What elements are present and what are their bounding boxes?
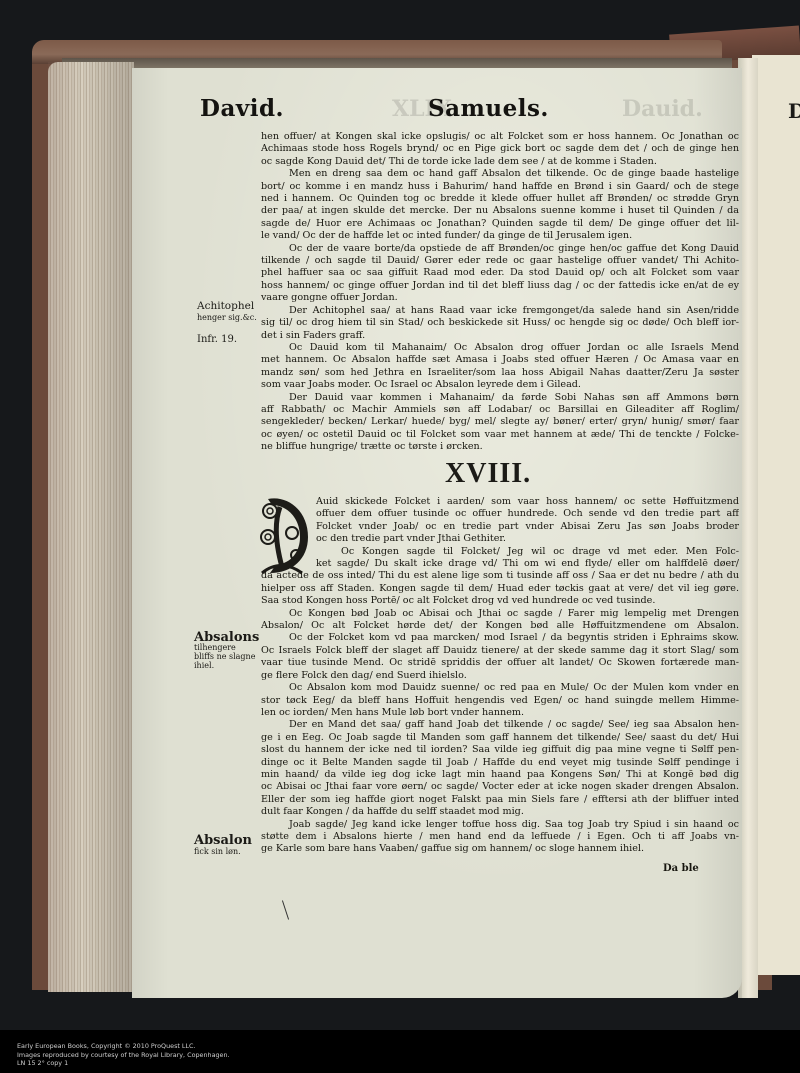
marginal-note: Achitophel henger sig.&c. <box>197 301 257 323</box>
text-line: vaare gongne offuer Jordan. <box>261 292 739 304</box>
marginal-note-title: Achitophel <box>197 301 257 312</box>
body-text: hen offuer/ at Kongen skal icke opslugis… <box>261 131 739 454</box>
footer-shelfmark: LN 15 2° copy 1 <box>0 1059 800 1068</box>
text-line: slost du hannem der icke ned til iorden?… <box>261 744 739 756</box>
text-line: sengekleder/ becken/ Lerkar/ huede/ byg/… <box>261 416 739 428</box>
running-head-left: David. <box>200 95 284 122</box>
text-line: oc Abisai oc Jthai faar vore øern/ oc sa… <box>261 781 739 793</box>
text-line: det i sin Faders graff. <box>261 330 739 342</box>
text-line: vaar tiue tusinde Mend. Oc stridē spridd… <box>261 657 739 669</box>
facing-page: D <box>752 55 800 975</box>
marginal-note: Absalon fick sin løn. <box>194 835 252 857</box>
marginal-note-text: henger sig.&c. <box>197 312 257 323</box>
text-line: sagde de/ Huor ere Achimaas oc Jonathan?… <box>261 218 739 230</box>
text-line: oc den tredie part vnder Jthai Gethiter. <box>261 533 739 545</box>
text-line: mandz søn/ som hed Jethra en Israeliter/… <box>261 367 739 379</box>
text-line: ge i en Eeg. Oc Joab sagde til Manden so… <box>261 732 739 744</box>
copyright-footer: Early European Books, Copyright © 2010 P… <box>0 1030 800 1073</box>
book-scan: D XLIX. Dauid. David. Samuels. hen offue… <box>0 0 800 1030</box>
text-line: da actede de oss inted/ Thi du est alene… <box>261 570 739 582</box>
text-line: hen offuer/ at Kongen skal icke opslugis… <box>261 131 739 143</box>
text-line: aff Rabbath/ oc Machir Ammiels søn aff L… <box>261 404 739 416</box>
footer-courtesy: Images reproduced by courtesy of the Roy… <box>0 1051 800 1060</box>
text-line: stor tøck Eeg/ da bleff hans Hoffuit hen… <box>261 695 739 707</box>
text-line: Joab sagde/ Jeg kand icke lenger toffue … <box>261 819 739 831</box>
text-line: Oc Absalon kom mod Dauidz suenne/ oc red… <box>261 682 739 694</box>
text-line: som vaar Joabs moder. Oc Israel oc Absal… <box>261 379 739 391</box>
text-line: bort/ oc komme i en mandz huss i Bahurim… <box>261 181 739 193</box>
text-line: Oc Kongen bød Joab oc Abisai och Jthai o… <box>261 608 739 620</box>
text-line: Oc Kongen sagde til Folcket/ Jeg wil oc … <box>261 546 739 558</box>
text-line: oc sagde Kong Dauid det/ Thi de torde ic… <box>261 156 739 168</box>
footer-copyright: Early European Books, Copyright © 2010 P… <box>0 1030 800 1051</box>
text-line: dult faar Kongen / da haffde du selff st… <box>261 806 739 818</box>
text-line: Men en dreng saa dem oc hand gaff Absalo… <box>261 168 739 180</box>
text-line: Folcket vnder Joab/ oc en tredie part vn… <box>261 521 739 533</box>
text-line: Der Achitophel saa/ at hans Raad vaar ic… <box>261 305 739 317</box>
text-line: tilkende / och sagde til Dauid/ Gører ed… <box>261 255 739 267</box>
catchword: Da ble <box>663 863 699 874</box>
running-head-center: Samuels. <box>428 95 549 122</box>
text-line: phel haffuer saa oc saa giffuit Raad mod… <box>261 267 739 279</box>
text-line: offuer dem offuer tusinde oc offuer hund… <box>261 508 739 520</box>
chapter-text: Auid skickede Folcket i aarden/ som vaar… <box>261 496 739 856</box>
text-line: sig til/ oc drog hiem til sin Stad/ och … <box>261 317 739 329</box>
text-line: Oc der Folcket kom vd paa marcken/ mod I… <box>261 632 739 644</box>
text-line: Achimaas stode hoss Rogels brynd/ oc en … <box>261 143 739 155</box>
text-line: Eller der som ieg haffde giort noget Fal… <box>261 794 739 806</box>
text-line: Saa stod Kongen hoss Portē/ oc alt Folck… <box>261 595 739 607</box>
text-line: der paa/ at ingen skulde det mercke. Der… <box>261 205 739 217</box>
chapter-heading: XVIII. <box>445 458 531 490</box>
text-line: min haand/ da vilde ieg dog icke lagt mi… <box>261 769 739 781</box>
text-line: ne bliffue hungrige/ trætte oc tørste i … <box>261 441 739 453</box>
marginal-reference: Infr. 19. <box>197 334 237 345</box>
marginal-note-title: Absalon <box>194 835 252 846</box>
text-line: Auid skickede Folcket i aarden/ som vaar… <box>261 496 739 508</box>
text-line: hielper oss aff Staden. Kongen sagde til… <box>261 583 739 595</box>
text-line: ned i hannem. Oc Quinden tog oc bredde i… <box>261 193 739 205</box>
running-header: David. Samuels. <box>200 95 740 125</box>
marginal-note-title: Absalons <box>194 632 256 643</box>
text-line: Oc Israels Folck bleff der slaget aff Da… <box>261 645 739 657</box>
marginal-note-text: tilhengere bliffs ne slagne ihiel. <box>194 643 256 670</box>
marginal-note: Absalons tilhengere bliffs ne slagne ihi… <box>194 632 256 670</box>
text-line: Absalon/ Oc alt Folcket hørde det/ der K… <box>261 620 739 632</box>
page-fore-edge <box>48 62 134 992</box>
text-line: Oc Dauid kom til Mahanaim/ Oc Absalon dr… <box>261 342 739 354</box>
text-line: Der Dauid vaar kommen i Mahanaim/ da før… <box>261 392 739 404</box>
text-line: ge Karle som bare hans Vaaben/ gaffue si… <box>261 843 739 855</box>
text-line: met hannem. Oc Absalon haffde sæt Amasa … <box>261 354 739 366</box>
text-line: dinge oc it Belte Manden sagde til Joab … <box>261 757 739 769</box>
text-line: Oc der de vaare borte/da opstiede de aff… <box>261 243 739 255</box>
text-line: støtte dem i Absalons hierte / men hand … <box>261 831 739 843</box>
text-line: oc øyen/ oc ostetil Dauid oc til Folcket… <box>261 429 739 441</box>
text-line: len oc iorden/ Men hans Mule løb bort vn… <box>261 707 739 719</box>
facing-page-running-head: D <box>788 99 800 123</box>
text-line: hoss hannem/ oc ginge offuer Jordan ind … <box>261 280 739 292</box>
text-line: Der en Mand det saa/ gaff hand Joab det … <box>261 719 739 731</box>
text-line: ket sagde/ Du skalt icke drage vd/ Thi o… <box>261 558 739 570</box>
text-line: le vand/ Oc der de haffde let oc inted f… <box>261 230 739 242</box>
text-line: ge flere Folck den dag/ end Suerd ihiels… <box>261 670 739 682</box>
